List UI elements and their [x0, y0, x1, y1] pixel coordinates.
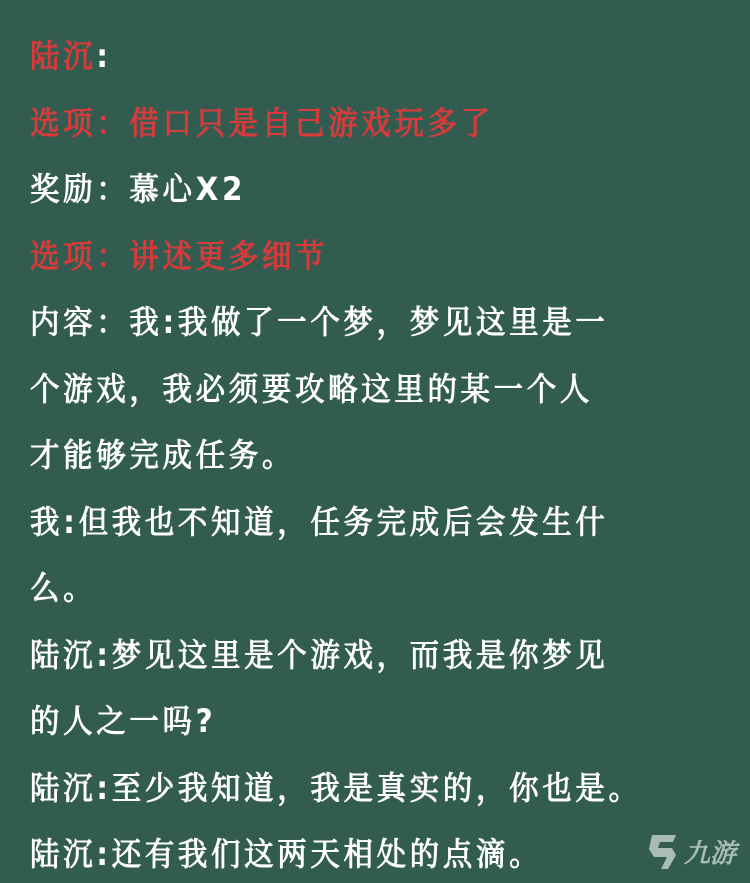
- content-line: 陆沉:梦见这里是个游戏，而我是你梦见: [30, 623, 674, 690]
- content-line: 个游戏，我必须要攻略这里的某一个人: [30, 357, 674, 424]
- option-line: 选项：借口只是自己游戏玩多了: [30, 91, 674, 158]
- content-line: 我:但我也不知道，任务完成后会发生什: [30, 490, 674, 557]
- speaker-name: 陆沉: [30, 37, 96, 75]
- content-line: 陆沉:至少我知道，我是真实的，你也是。: [30, 756, 674, 823]
- dialogue-text: 陆沉: 选项：借口只是自己游戏玩多了 奖励：慕心X2 选项：讲述更多细节 内容：…: [30, 24, 730, 883]
- reward-line: 奖励：慕心X2: [30, 157, 674, 224]
- option-line: 选项：讲述更多细节: [30, 224, 674, 291]
- content-line: 陆沉:还有我们这两天相处的点滴。: [30, 822, 674, 883]
- watermark: 九游: [646, 831, 736, 871]
- speaker-line: 陆沉:: [30, 24, 674, 91]
- content-line: 的人之一吗?: [30, 689, 674, 756]
- watermark-text: 九游: [684, 833, 736, 870]
- jiuyou-logo-icon: [646, 831, 680, 871]
- content-line: 内容：我:我做了一个梦，梦见这里是一: [30, 290, 674, 357]
- content-line: 么。: [30, 556, 674, 623]
- content-line: 才能够完成任务。: [30, 423, 674, 490]
